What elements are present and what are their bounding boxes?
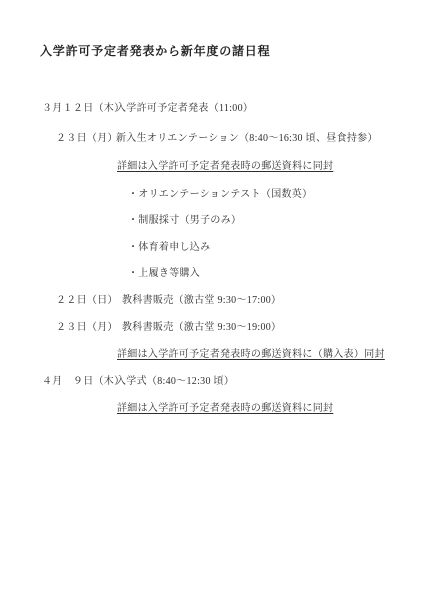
schedule-row: ３月１２日（木） 入学許可予定者発表（11:00） [0, 99, 424, 113]
schedule-row: ２２日（日） 教科書販売（激古堂 9:30～17:00） [0, 291, 424, 305]
note-text: 詳細は入学許可予定者発表時の郵送資料に同封 [117, 157, 333, 172]
schedule-row: 詳細は入学許可予定者発表時の郵送資料に同封 [0, 157, 424, 171]
event-label: 入学許可予定者発表（11:00） [116, 99, 253, 114]
date-label: ４月 ９日（木） [42, 372, 124, 387]
date-label: ３月１２日（木） [42, 99, 124, 114]
schedule-row: ２３日（月） 教科書販売（激古堂 9:30～19:00） [0, 318, 424, 332]
note-text: 詳細は入学許可予定者発表時の郵送資料に（購入表）同封 [117, 345, 385, 360]
schedule-row: ・上履き等購入 [0, 264, 424, 278]
bullet-item: ・上履き等購入 [128, 264, 200, 279]
date-label: ２３日（月） [56, 318, 118, 333]
event-label: 教科書販売（激古堂 9:30～17:00） [122, 291, 281, 306]
bullet-item: ・オリエンテーションテスト（国数英） [128, 185, 312, 200]
schedule-row: ・オリエンテーションテスト（国数英） [0, 185, 424, 199]
schedule-row: ・体育着申し込み [0, 238, 424, 252]
event-label: 教科書販売（激古堂 9:30～19:00） [122, 318, 281, 333]
schedule-row: 詳細は入学許可予定者発表時の郵送資料に同封 [0, 399, 424, 413]
schedule-row: ２３日（月） 新入生オリエンテーション（8:40～16:30 頃、昼食持参） [0, 129, 424, 143]
bullet-item: ・体育着申し込み [128, 238, 210, 253]
schedule-row: ４月 ９日（木） 入学式（8:40～12:30 頃） [0, 372, 424, 386]
date-label: ２３日（月） [56, 129, 118, 144]
note-text: 詳細は入学許可予定者発表時の郵送資料に同封 [117, 399, 333, 414]
schedule-row: 詳細は入学許可予定者発表時の郵送資料に（購入表）同封 [0, 345, 424, 359]
document-title: 入学許可予定者発表から新年度の諸日程 [40, 42, 270, 59]
bullet-item: ・制服採寸（男子のみ） [128, 211, 241, 226]
document-page: 入学許可予定者発表から新年度の諸日程 ３月１２日（木） 入学許可予定者発表（11… [0, 0, 424, 600]
event-label: 入学式（8:40～12:30 頃） [116, 372, 234, 387]
date-label: ２２日（日） [56, 291, 118, 306]
event-label: 新入生オリエンテーション（8:40～16:30 頃、昼食持参） [116, 129, 378, 144]
schedule-row: ・制服採寸（男子のみ） [0, 211, 424, 225]
